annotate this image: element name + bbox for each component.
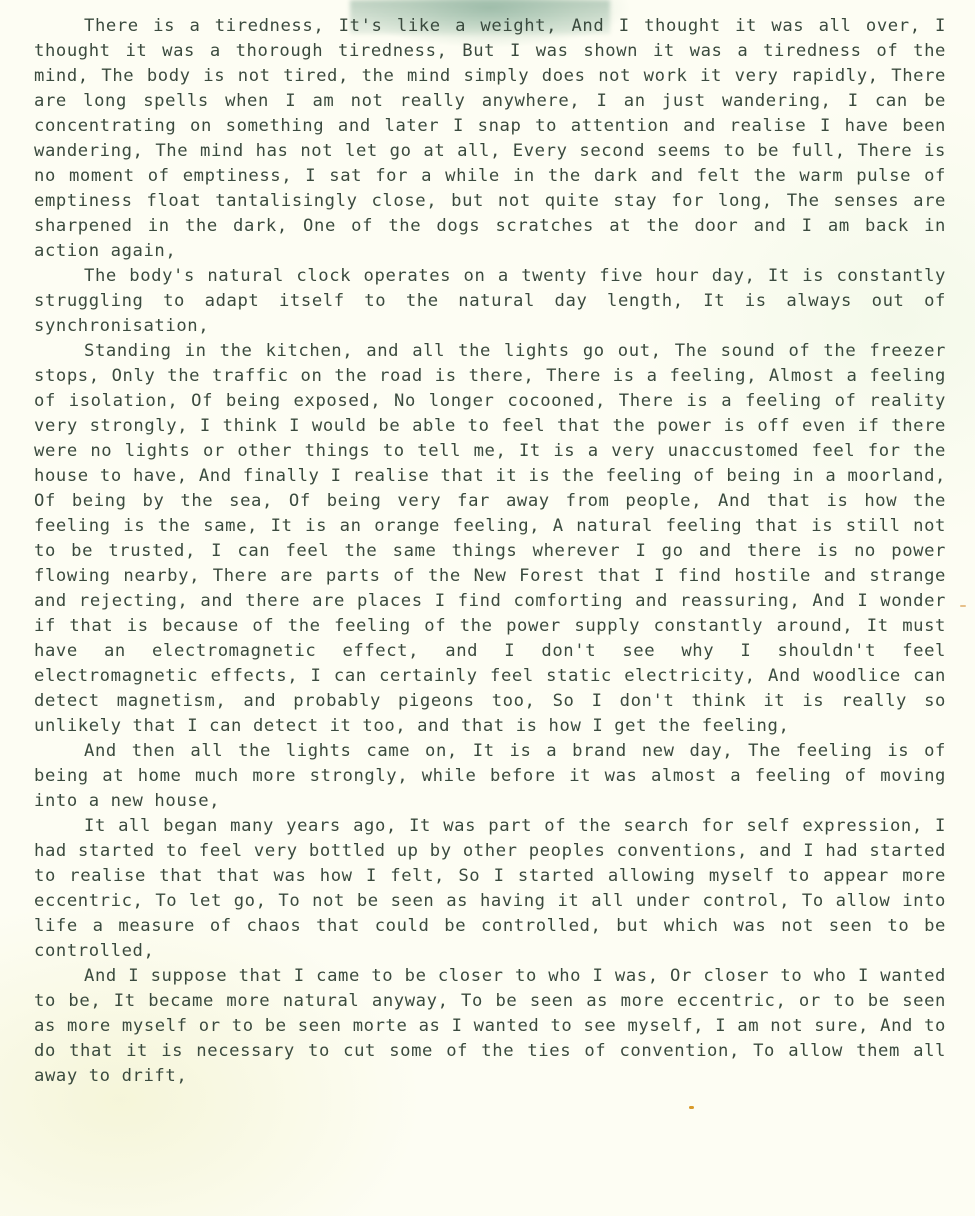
paragraph: And I suppose that I came to be closer t… xyxy=(34,964,946,1089)
paragraph: And then all the lights came on, It is a… xyxy=(34,739,946,814)
typed-text-body: There is a tiredness, It's like a weight… xyxy=(34,14,946,1089)
paragraph: The body's natural clock operates on a t… xyxy=(34,264,946,339)
ink-speck xyxy=(960,605,966,607)
paragraph: There is a tiredness, It's like a weight… xyxy=(34,14,946,264)
paragraph: Standing in the kitchen, and all the lig… xyxy=(34,339,946,739)
paragraph: It all began many years ago, It was part… xyxy=(34,814,946,964)
ink-speck xyxy=(689,1106,694,1109)
scanned-page: There is a tiredness, It's like a weight… xyxy=(0,0,975,1216)
